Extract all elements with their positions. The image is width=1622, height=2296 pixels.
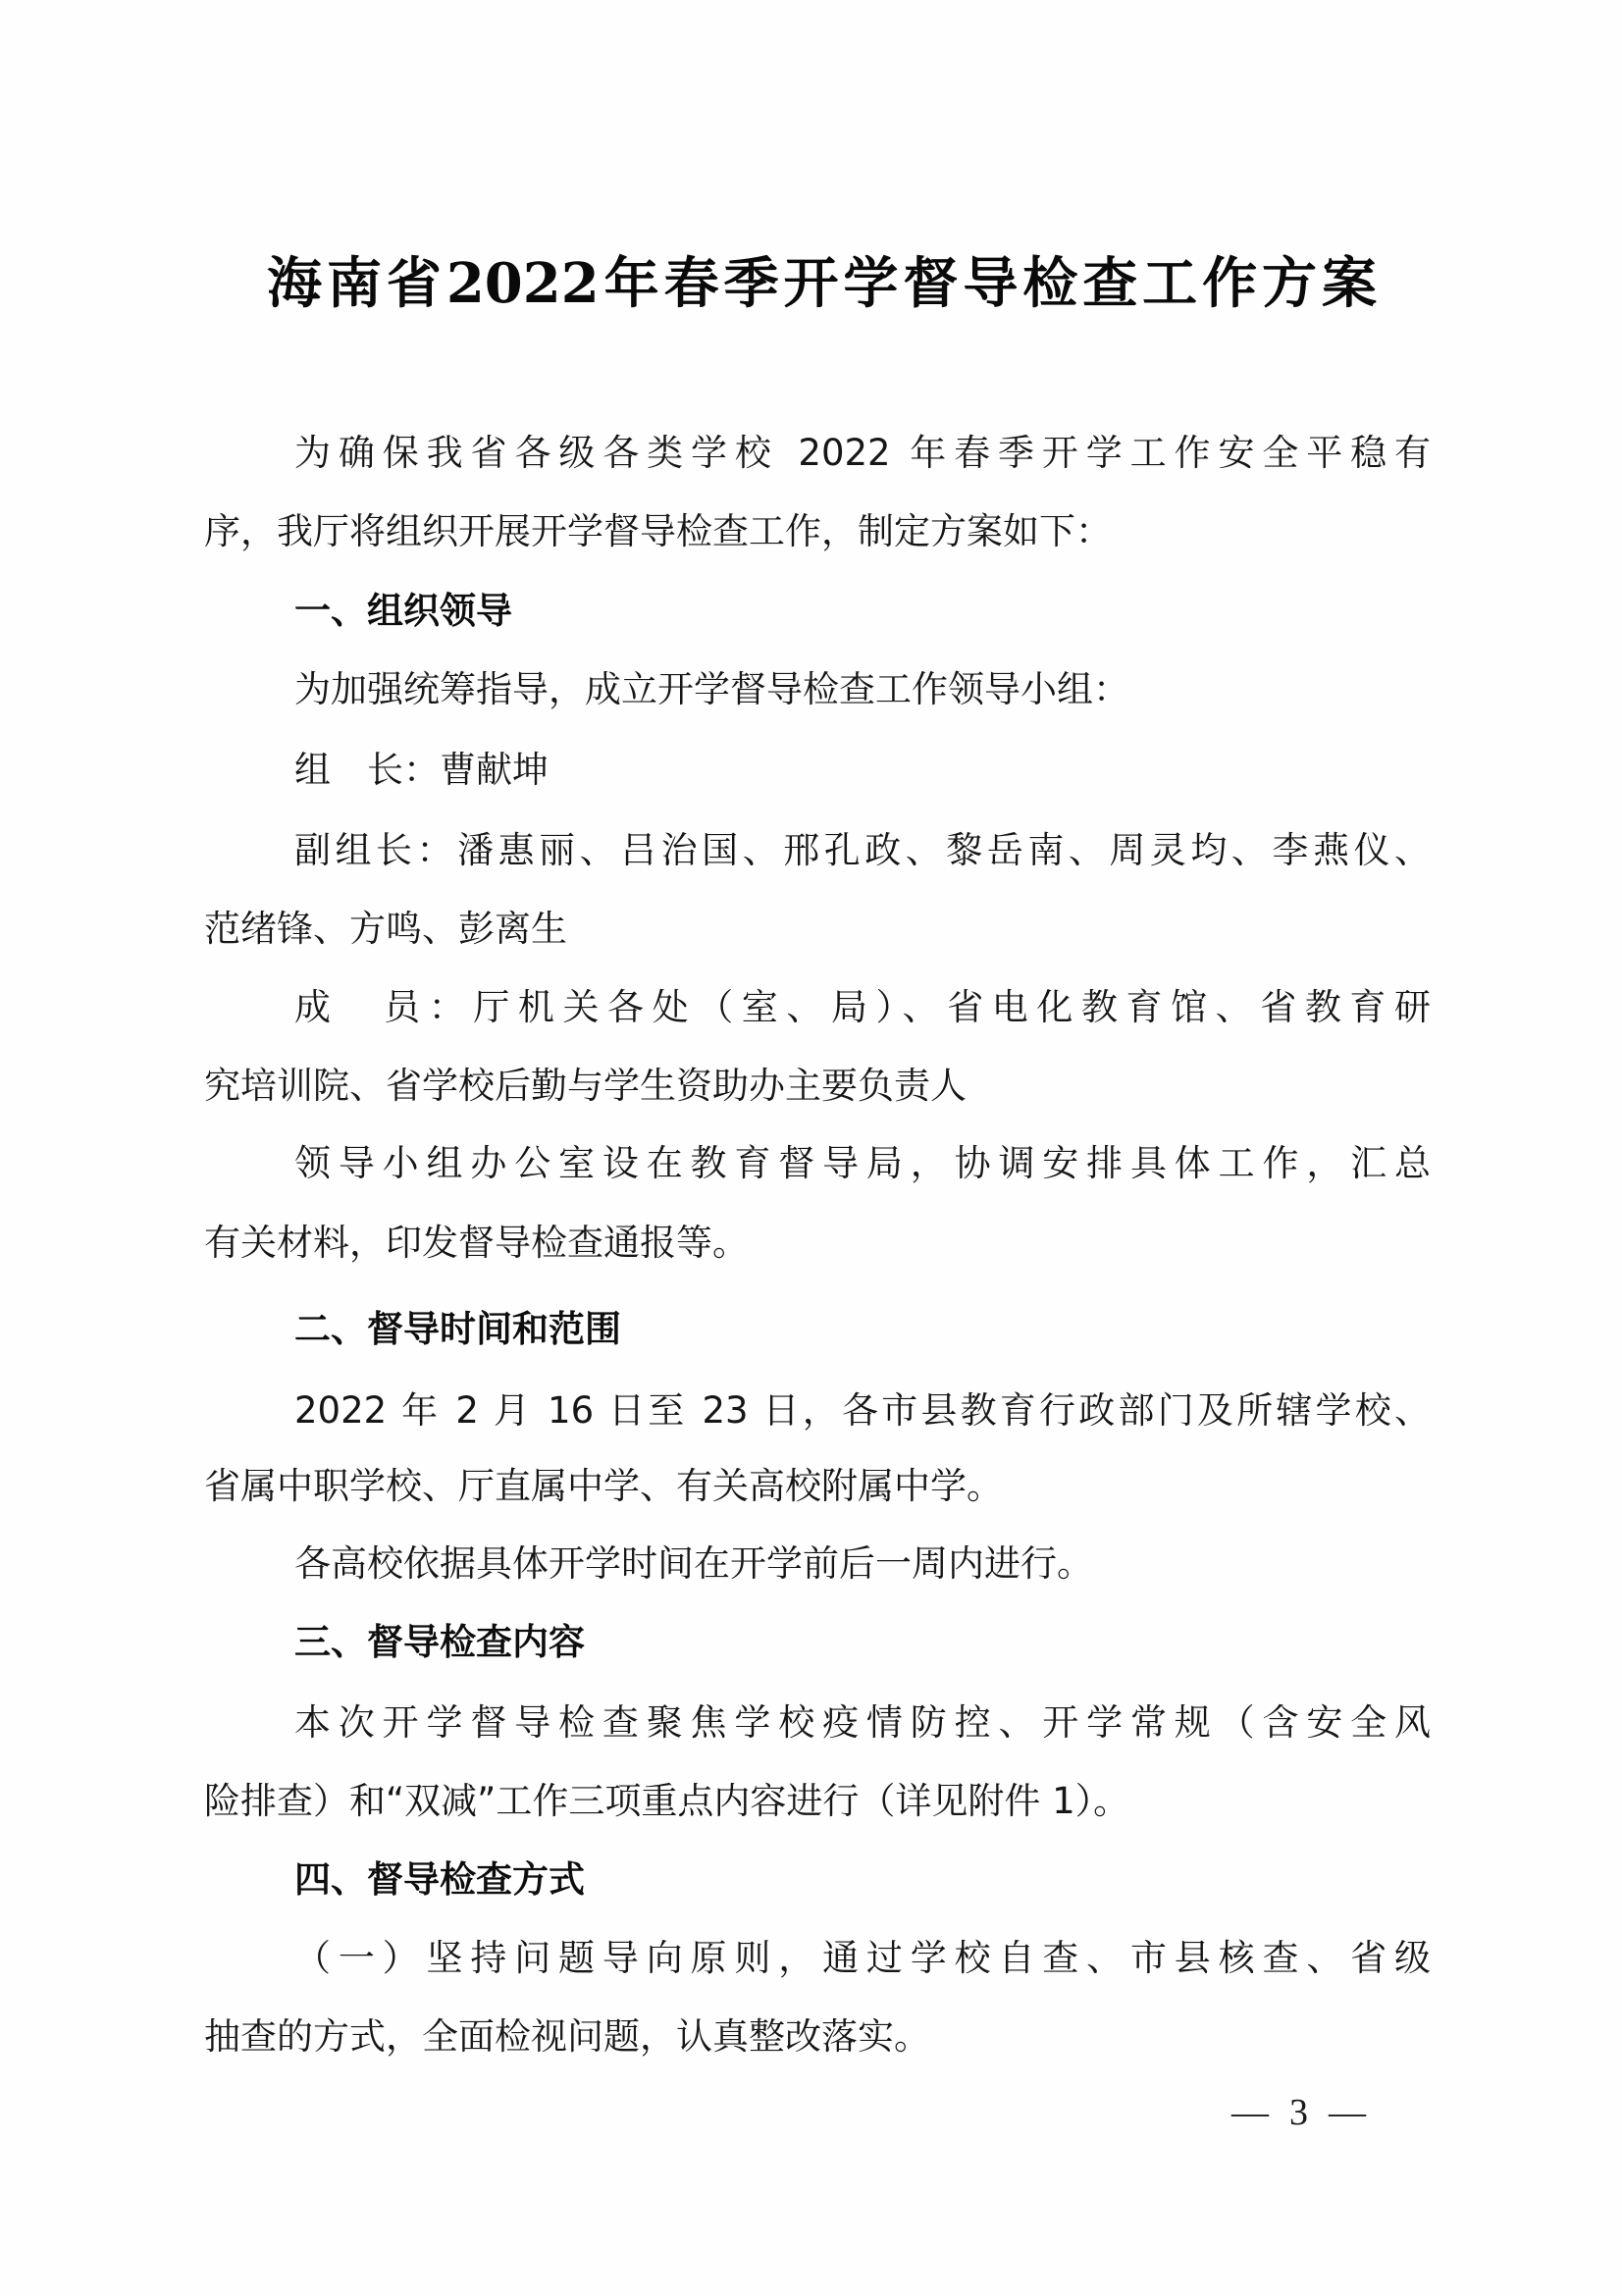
members-line-1: 成 员：厅机关各处（室、局）、省电化教育馆、省教育研 bbox=[294, 983, 1431, 1032]
document-title: 海南省2022年春季开学督导检查工作方案 bbox=[267, 249, 1377, 318]
group-leader-line: 组 长：曹献坤 bbox=[294, 746, 883, 795]
paragraph-intro-line-2: 序，我厅将组织开展开学督导检查工作，制定方案如下： bbox=[204, 507, 1431, 556]
office-line-1: 领导小组办公室设在教育督导局，协调安排具体工作，汇总 bbox=[294, 1139, 1431, 1188]
section-heading-1: 一、组织领导 bbox=[294, 587, 883, 636]
content-line-2: 险排查）和“双减”工作三项重点内容进行（详见附件 1）。 bbox=[204, 1777, 1431, 1826]
section-heading-2: 二、督导时间和范围 bbox=[294, 1305, 981, 1354]
members-line-2: 究培训院、省学校后勤与学生资助办主要负责人 bbox=[204, 1062, 1431, 1111]
paragraph-intro-line-1: 为确保我省各级各类学校 2022 年春季开学工作安全平稳有 bbox=[294, 429, 1431, 478]
office-line-2: 有关材料，印发督导检查通报等。 bbox=[204, 1219, 1431, 1268]
document-page: 海南省2022年春季开学督导检查工作方案 为确保我省各级各类学校 2022 年春… bbox=[0, 0, 1622, 2296]
schedule-line-2: 省属中职学校、厅直属中学、有关高校附属中学。 bbox=[204, 1462, 1431, 1511]
method-line-1: （一）坚持问题导向原则，通过学校自查、市县核查、省级 bbox=[294, 1934, 1431, 1983]
deputy-leaders-line-2: 范绪锋、方鸣、彭离生 bbox=[204, 905, 1431, 954]
section-heading-3: 三、督导检查内容 bbox=[294, 1618, 981, 1667]
section-heading-4: 四、督导检查方式 bbox=[294, 1855, 981, 1905]
method-line-2: 抽查的方式，全面检视问题，认真整改落实。 bbox=[204, 2012, 1431, 2061]
paragraph-leadership-group: 为加强统筹指导，成立开学督导检查工作领导小组： bbox=[294, 665, 1431, 714]
schedule-line-1: 2022 年 2 月 16 日至 23 日，各市县教育行政部门及所辖学校、 bbox=[294, 1386, 1431, 1435]
deputy-leaders-line-1: 副组长：潘惠丽、吕治国、邢孔政、黎岳南、周灵均、李燕仪、 bbox=[294, 826, 1431, 875]
schedule-universities-line: 各高校依据具体开学时间在开学前后一周内进行。 bbox=[294, 1539, 1431, 1589]
content-line-1: 本次开学督导检查聚焦学校疫情防控、开学常规（含安全风 bbox=[294, 1698, 1431, 1748]
page-number: — 3 — bbox=[1231, 2088, 1366, 2137]
